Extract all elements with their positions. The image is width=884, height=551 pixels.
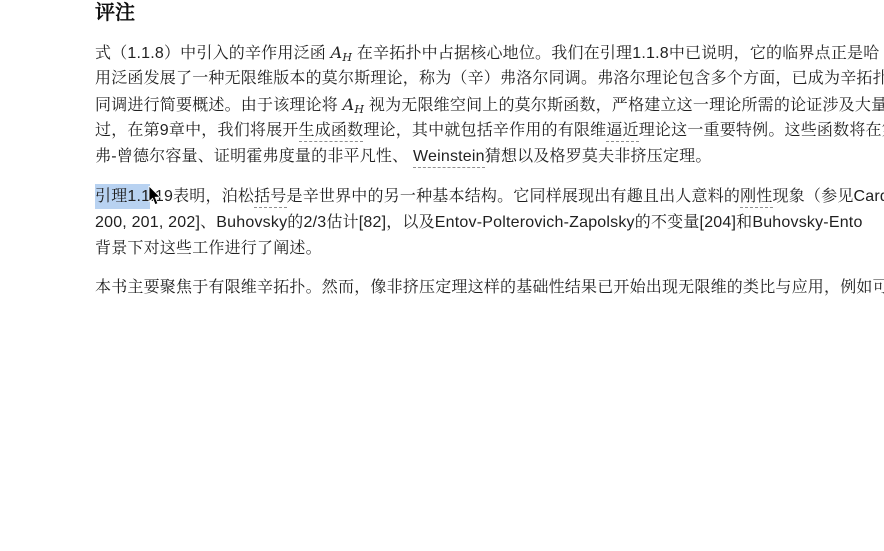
text-run: 在辛拓扑中占据核心地位。我们在引理1.1.8中已说明，它的临界点正是哈 xyxy=(352,45,879,62)
text-run: 同调进行简要概述。由于该理论将 xyxy=(95,97,343,114)
text-line: 弗-曾德尔容量、证明霍弗度量的非平凡性、 Weinstein猜想以及格罗莫夫非挤… xyxy=(95,144,884,170)
text-run: 200, 201, 202]、Buhovsky的2/3估计[82]，以及Ento… xyxy=(95,214,863,231)
math-symbol: A xyxy=(343,95,355,114)
text-run: 弗-曾德尔容量、证明霍弗度量的非平凡性、 xyxy=(95,148,413,165)
dashed-underlined-term: Weinstein xyxy=(413,148,485,168)
text-line: 本书主要聚焦于有限维辛拓扑。然而，像非挤压定理这样的基础性结果已开始出现无限维的… xyxy=(95,275,884,301)
section-heading: 评注 xyxy=(95,0,884,25)
document-page: 评注 式（1.1.8）中引入的辛作用泛函 AH 在辛拓扑中占据核心地位。我们在引… xyxy=(0,0,884,551)
text-line: 用泛函发展了一种无限维版本的莫尔斯理论，称为（辛）弗洛尔同调。弗洛尔理论包含多个… xyxy=(95,66,884,92)
text-line: 过，在第9章中，我们将展开生成函数理论，其中就包括辛作用的有限维逼近理论这一重要… xyxy=(95,118,884,144)
text-line: 200, 201, 202]、Buhovsky的2/3估计[82]，以及Ento… xyxy=(95,210,884,236)
text-line: 式（1.1.8）中引入的辛作用泛函 AH 在辛拓扑中占据核心地位。我们在引理1.… xyxy=(95,40,884,66)
text-run: .19表明，泊松 xyxy=(150,188,254,205)
paragraph: 引理1.1.19表明，泊松括号是辛世界中的另一种基本结构。它同样展现出有趣且出人… xyxy=(95,184,884,262)
text-run: 现象（参见Card xyxy=(773,188,884,205)
text-run: 式（1.1.8）中引入的辛作用泛函 xyxy=(95,45,331,62)
text-run: 视为无限维空间上的莫尔斯函数，严格建立这一理论所需的论证涉及大量 xyxy=(364,97,884,114)
text-run: 过，在第9章中，我们将展开 xyxy=(95,122,299,139)
text-run: 理论这一重要特例。这些函数将在第 xyxy=(639,122,884,139)
text-run: 猜想以及格罗莫夫非挤压定理。 xyxy=(485,148,712,165)
selected-text: 引理1.1 xyxy=(95,184,150,209)
math-symbol: A xyxy=(331,43,343,62)
dashed-underlined-term: 逼近 xyxy=(606,122,638,142)
text-run: 本书主要聚焦于有限维辛拓扑。然而，像非挤压定理这样的基础性结果已开始出现无限维的… xyxy=(95,279,884,296)
paragraph: 本书主要聚焦于有限维辛拓扑。然而，像非挤压定理这样的基础性结果已开始出现无限维的… xyxy=(95,275,884,301)
dashed-underlined-term: 括号 xyxy=(254,188,286,208)
math-subscript: H xyxy=(354,103,364,116)
text-line: 引理1.1.19表明，泊松括号是辛世界中的另一种基本结构。它同样展现出有趣且出人… xyxy=(95,184,884,210)
text-run: 理论，其中就包括辛作用的有限维 xyxy=(363,122,606,139)
text-run: 用泛函发展了一种无限维版本的莫尔斯理论，称为（辛）弗洛尔同调。弗洛尔理论包含多个… xyxy=(95,70,884,87)
text-run: 背景下对这些工作进行了阐述。 xyxy=(95,240,322,257)
text-line: 同调进行简要概述。由于该理论将 AH 视为无限维空间上的莫尔斯函数，严格建立这一… xyxy=(95,92,884,118)
document-body: 式（1.1.8）中引入的辛作用泛函 AH 在辛拓扑中占据核心地位。我们在引理1.… xyxy=(95,40,884,301)
text-run: 是辛世界中的另一种基本结构。它同样展现出有趣且出人意料的 xyxy=(287,188,741,205)
dashed-underlined-term: 刚性 xyxy=(740,188,772,208)
dashed-underlined-term: 生成函数 xyxy=(299,122,364,142)
paragraph: 式（1.1.8）中引入的辛作用泛函 AH 在辛拓扑中占据核心地位。我们在引理1.… xyxy=(95,40,884,170)
text-line: 背景下对这些工作进行了阐述。 xyxy=(95,236,884,262)
math-subscript: H xyxy=(342,51,352,64)
